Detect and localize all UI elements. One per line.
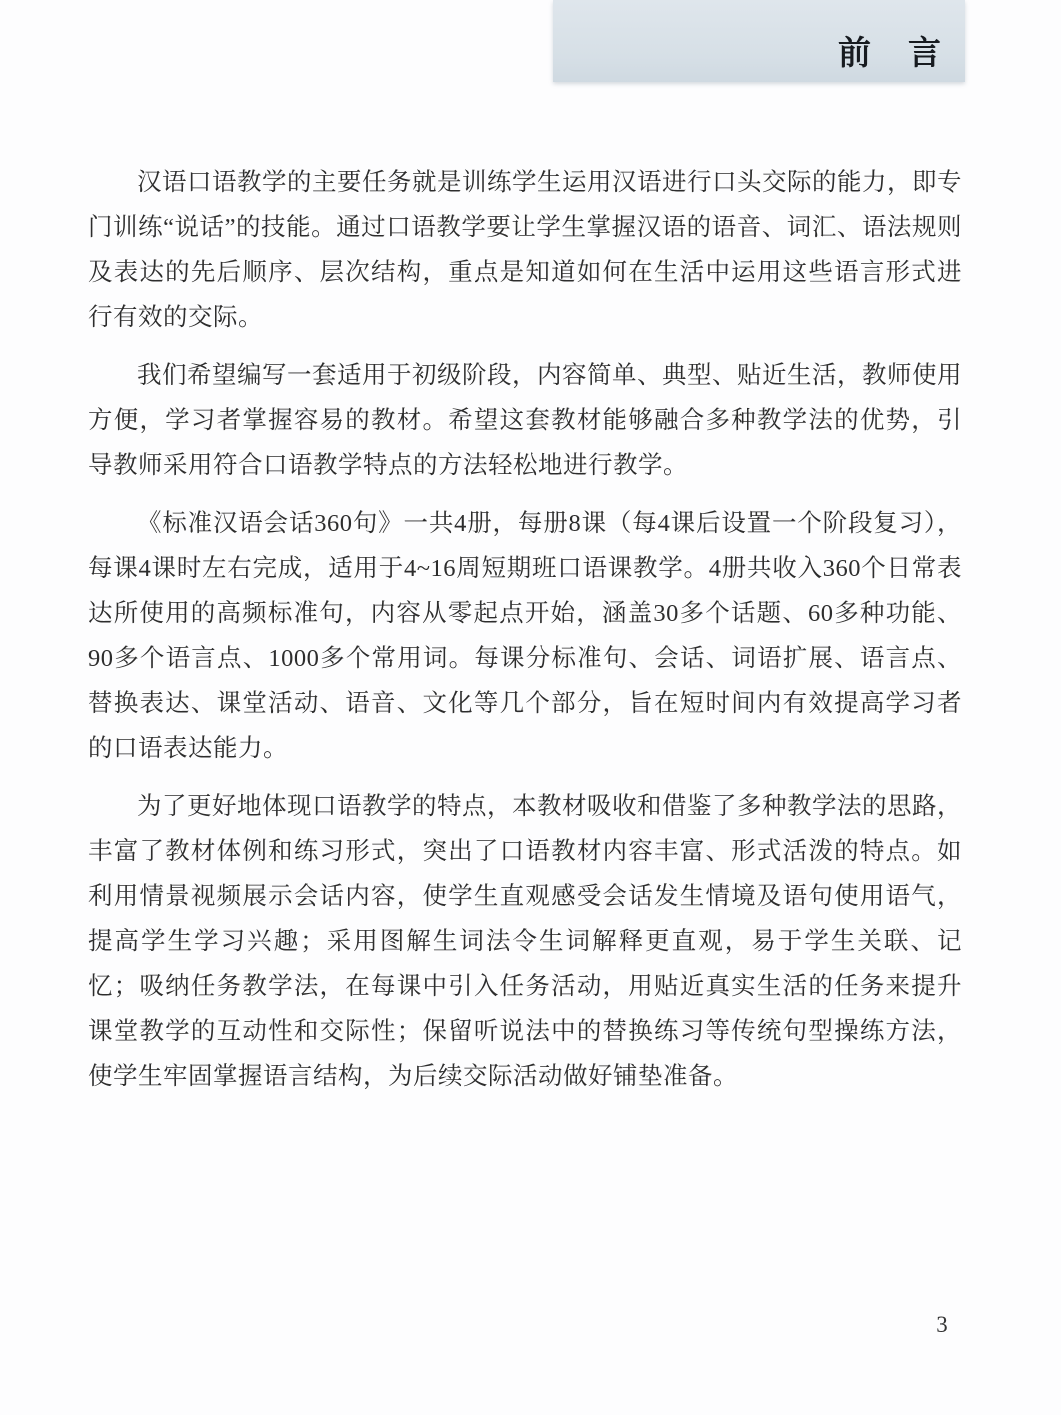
paragraph-3: 《标准汉语会话360句》一共4册，每册8课（每4课后设置一个阶段复习），每课4课… — [88, 501, 962, 771]
book-page: 前 言 汉语口语教学的主要任务就是训练学生运用汉语进行口头交际的能力，即专门训练… — [0, 0, 1061, 1415]
paragraph-4: 为了更好地体现口语教学的特点，本教材吸收和借鉴了多种教学法的思路，丰富了教材体例… — [88, 784, 962, 1099]
paragraph-2: 我们希望编写一套适用于初级阶段，内容简单、典型、贴近生活，教师使用方便，学习者掌… — [88, 353, 962, 488]
preface-header-band: 前 言 — [553, 0, 965, 82]
page-title: 前 言 — [838, 27, 943, 74]
preface-content: 汉语口语教学的主要任务就是训练学生运用汉语进行口头交际的能力，即专门训练“说话”… — [88, 160, 962, 1112]
paragraph-1: 汉语口语教学的主要任务就是训练学生运用汉语进行口头交际的能力，即专门训练“说话”… — [88, 160, 962, 340]
page-number: 3 — [922, 1312, 962, 1338]
